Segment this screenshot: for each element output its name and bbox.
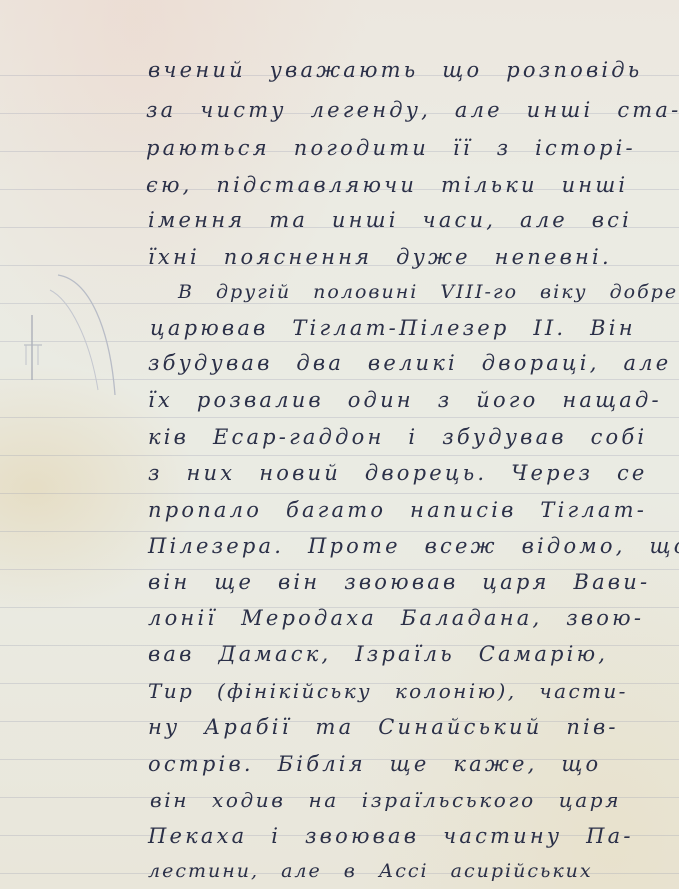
ruled-line — [0, 455, 679, 456]
manuscript-line-21: він ходив на ізраїльського царя — [150, 790, 621, 810]
manuscript-line-16: лонії Меродаха Баладана, звою- — [148, 608, 644, 629]
manuscript-line-5: імення та инші часи, але всі — [148, 210, 632, 231]
manuscript-page: вчений уважають що розповідь за чисту ле… — [0, 0, 679, 889]
ruled-line — [0, 493, 679, 494]
manuscript-line-20: острів. Біблія ще каже, що — [148, 754, 601, 775]
manuscript-line-12: з них новий дворець. Через се — [148, 463, 648, 484]
ruled-line — [0, 417, 679, 418]
manuscript-line-19: ну Арабії та Синайський пів- — [148, 717, 619, 738]
manuscript-line-11: ків Есар-гаддон і збудував собі — [148, 427, 647, 448]
manuscript-line-23: лестини, але в Ассі асирійських — [148, 862, 593, 881]
manuscript-line-7: В другій половині VIII-го віку добре — [178, 283, 678, 302]
ruled-line — [0, 531, 679, 532]
manuscript-line-8: царював Тіглат-Пілезер II. Він — [150, 318, 636, 339]
manuscript-line-22: Пекаха і звоював частину Па- — [148, 826, 634, 847]
manuscript-line-6: їхні пояснення дуже непевні. — [148, 247, 612, 268]
manuscript-line-4: єю, підставляючи тільки инші — [146, 175, 628, 196]
manuscript-line-10: їх розвалив один з його нащад- — [148, 390, 662, 411]
manuscript-line-9: збудував два великі двораці, але — [148, 353, 671, 374]
manuscript-line-2: за чисту легенду, але инші ста- — [146, 100, 679, 121]
manuscript-line-17: вав Дамаск, Ізраїль Самарію, — [148, 644, 608, 665]
manuscript-line-3: раються погодити її з історі- — [146, 138, 636, 159]
manuscript-line-13: пропало багато написів Тіглат- — [148, 500, 647, 521]
manuscript-line-15: він ще він звоював царя Вави- — [148, 572, 650, 593]
manuscript-line-18: Тир (фінікійську колонію), части- — [148, 681, 628, 701]
margin-sketch-icon — [20, 270, 130, 400]
manuscript-line-1: вчений уважають що розповідь — [148, 60, 642, 81]
manuscript-line-14: Пілезера. Проте всеж відомо, що — [148, 536, 679, 557]
